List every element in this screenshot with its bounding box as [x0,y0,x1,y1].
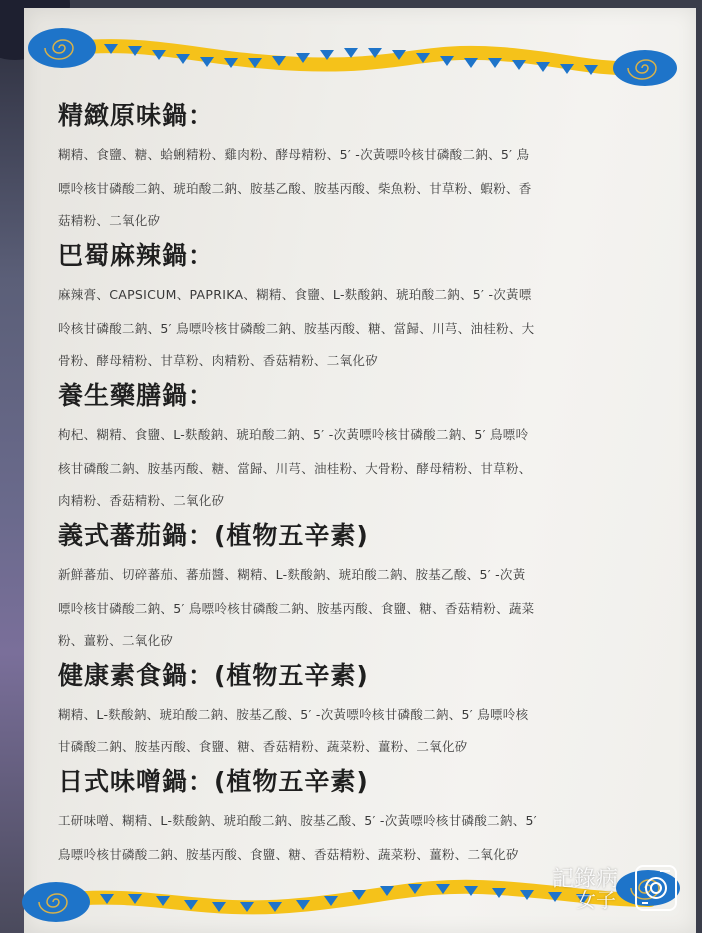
spiral-icon-left [22,882,90,922]
ingredient-line: 工研味噌、糊精、L-麩酸鈉、琥珀酸二鈉、胺基乙酸、5′ -次黃嘌呤核甘磷酸二鈉、… [58,804,678,838]
section-vegetarian-pot: 健康素食鍋：(植物五辛素) 糊精、L-麩酸鈉、琥珀酸二鈉、胺基乙酸、5′ -次黃… [58,656,678,762]
ingredient-line: 糊精、食鹽、糖、蛤蜊精粉、雞肉粉、酵母精粉、5′ -次黃嘌呤核甘磷酸二鈉、5′ … [58,138,678,172]
watermark-text-line2: 女子 [576,884,616,913]
ingredient-line: 糊精、L-麩酸鈉、琥珀酸二鈉、胺基乙酸、5′ -次黃嘌呤核甘磷酸二鈉、5′ 鳥嘌… [58,698,678,732]
ingredient-line: 麻辣膏、CAPSICUM、PAPRIKA、糊精、食鹽、L-麩酸鈉、琥珀酸二鈉、5… [58,278,678,312]
spiral-icon-right [613,50,677,86]
ingredient-line: 枸杞、糊精、食鹽、L-麩酸鈉、琥珀酸二鈉、5′ -次黃嘌呤核甘磷酸二鈉、5′ 鳥… [58,418,678,452]
ingredient-line: 骨粉、酵母精粉、甘草粉、肉精粉、香菇精粉、二氧化矽 [58,346,678,376]
ingredient-line: 甘磷酸二鈉、胺基丙酸、食鹽、糖、香菇精粉、蔬菜粉、薑粉、二氧化矽 [58,732,678,762]
section-title: 健康素食鍋：(植物五辛素) [58,656,678,698]
watermark: 記錄病 女子 [552,862,682,914]
section-title: 義式蕃茄鍋：(植物五辛素) [58,516,678,558]
ingredient-line: 嘌呤核甘磷酸二鈉、5′ 鳥嘌呤核甘磷酸二鈉、胺基丙酸、食鹽、糖、香菇精粉、蔬菜 [58,592,678,626]
top-decorative-border [0,20,702,90]
section-tomato-pot: 義式蕃茄鍋：(植物五辛素) 新鮮蕃茄、切碎蕃茄、蕃茄醬、糊精、L-麩酸鈉、琥珀酸… [58,516,678,656]
section-title: 養生藥膳鍋： [58,376,678,418]
ingredients-list: 精緻原味鍋： 糊精、食鹽、糖、蛤蜊精粉、雞肉粉、酵母精粉、5′ -次黃嘌呤核甘磷… [58,96,678,872]
section-title: 巴蜀麻辣鍋： [58,236,678,278]
ingredient-line: 粉、薑粉、二氧化矽 [58,626,678,656]
spiral-icon-left [28,28,96,68]
section-title: 日式味噌鍋：(植物五辛素) [58,762,678,804]
ingredient-line: 呤核甘磷酸二鈉、5′ 鳥嘌呤核甘磷酸二鈉、胺基丙酸、糖、當歸、川芎、油桂粉、大 [58,312,678,346]
section-title: 精緻原味鍋： [58,96,678,138]
ingredient-line: 嘌呤核甘磷酸二鈉、琥珀酸二鈉、胺基乙酸、胺基丙酸、柴魚粉、甘草粉、蝦粉、香 [58,172,678,206]
ingredient-line: 菇精粉、二氧化矽 [58,206,678,236]
ingredient-line: 新鮮蕃茄、切碎蕃茄、蕃茄醬、糊精、L-麩酸鈉、琥珀酸二鈉、胺基乙酸、5′ -次黃 [58,558,678,592]
ingredient-line: 核甘磷酸二鈉、胺基丙酸、糖、當歸、川芎、油桂粉、大骨粉、酵母精粉、甘草粉、 [58,452,678,486]
section-herbal-pot: 養生藥膳鍋： 枸杞、糊精、食鹽、L-麩酸鈉、琥珀酸二鈉、5′ -次黃嘌呤核甘磷酸… [58,376,678,516]
section-spicy-pot: 巴蜀麻辣鍋： 麻辣膏、CAPSICUM、PAPRIKA、糊精、食鹽、L-麩酸鈉、… [58,236,678,376]
section-original-pot: 精緻原味鍋： 糊精、食鹽、糖、蛤蜊精粉、雞肉粉、酵母精粉、5′ -次黃嘌呤核甘磷… [58,96,678,236]
camera-icon [634,862,678,912]
ingredient-line: 肉精粉、香菇精粉、二氧化矽 [58,486,678,516]
section-miso-pot: 日式味噌鍋：(植物五辛素) 工研味噌、糊精、L-麩酸鈉、琥珀酸二鈉、胺基乙酸、5… [58,762,678,872]
